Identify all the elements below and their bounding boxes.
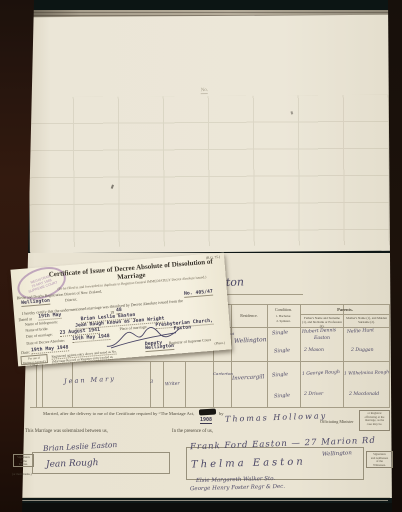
cell-groom-father-rank: 2 Mason [304,348,324,353]
cert-office-place: Wellington [145,344,174,352]
cell-rank-fragment: Writer [165,382,180,388]
cell-bride-condition1: Single [272,371,288,378]
cert-issue-date-label: Date: [21,349,30,355]
register-table-line [42,361,43,408]
cell-age-fragment: 3 [150,379,153,385]
page-edge-line [18,497,390,498]
cert-decree-label: Date of Decree Absolute: [26,339,65,346]
officiating-minister-label: Officiating Minister [320,419,354,424]
register-table-line [343,304,344,408]
register-table-line [389,304,390,408]
col-header-mother: Mother's Name (1), and Maiden Surname (2… [345,317,388,325]
cert-number: No. 405/47 [184,290,213,298]
register-table-line [300,304,301,408]
party-margin-note: (or their marks.) [12,472,32,476]
page-number-fragment: No. [201,88,208,94]
register-book-photo: No. Foxton Birth- place. Residence. Cond… [0,0,402,512]
register-table-line [36,361,37,408]
decree-absolute-certificate: REGISTRAR 19 MAY 1948 SUPREME COURT (R.G… [10,253,231,367]
bride-signature: Jean Rough [46,458,99,470]
cell-groom-condition1: Single [272,329,288,336]
cell-groom-condition2: Single [274,347,290,354]
book-bottom-shadow [0,503,402,512]
col-header-residence: Residence. [232,313,266,318]
solemnized-label: This Marriage was solemnized between us, [25,429,108,434]
cell-groom-mother-maiden: 2 Duggan [351,348,374,353]
cell-bride-mother-maiden: 2 Macdonald [349,392,379,397]
married-by: by [219,411,224,416]
showthrough-grid [29,95,393,248]
register-table-line [163,361,164,408]
cell-bride-father-rank: 2 Driver [304,392,323,397]
cell-bride-condition2: Single [274,392,290,399]
act-year: 1908 [200,417,212,424]
register-table-line [185,361,186,408]
col-header-condition-1: 1. Bachelor. [268,314,299,318]
cert-district-suffix: District. [65,297,78,302]
register-table-line [300,314,390,315]
witness-margin-label: Signatures and Addresses of the Witnesse… [366,451,393,468]
officiating-note-box: or Registrar officiating at the marriage… [359,410,390,431]
cell-groom-father2: Easton [314,336,330,341]
married-after-line: Married, after the delivery to me of the… [43,411,194,416]
party-margin-label: Signatures of the Parties. [13,454,34,467]
act-year-blot [199,409,216,416]
col-header-condition: Condition. [268,307,299,312]
col-header-father: Father's Name and Surname (1), and his R… [302,317,342,328]
cert-marriage-date-label: Date of marriage: [26,333,53,339]
cert-office-box: For use of Registrar-General's Office. [20,354,48,365]
cert-dated-value: 19th May [38,313,62,321]
presence-label: In the presence of us, [172,429,213,434]
blank-verso-page: No. [28,15,393,254]
register-table-line [213,304,390,305]
col-header-condition-2: 2. Spinster. [268,319,299,323]
cell-bride-birthplace: Carterton [213,371,233,376]
cert-district-value: Wellington [21,299,50,307]
cert-office-place-suffix: (Place.) [214,341,225,346]
cert-bride-label: Name of bride: [25,327,48,333]
page-edge-line [22,500,388,501]
register-table-line [231,304,232,408]
col-header-parents: Parents. [300,307,390,312]
